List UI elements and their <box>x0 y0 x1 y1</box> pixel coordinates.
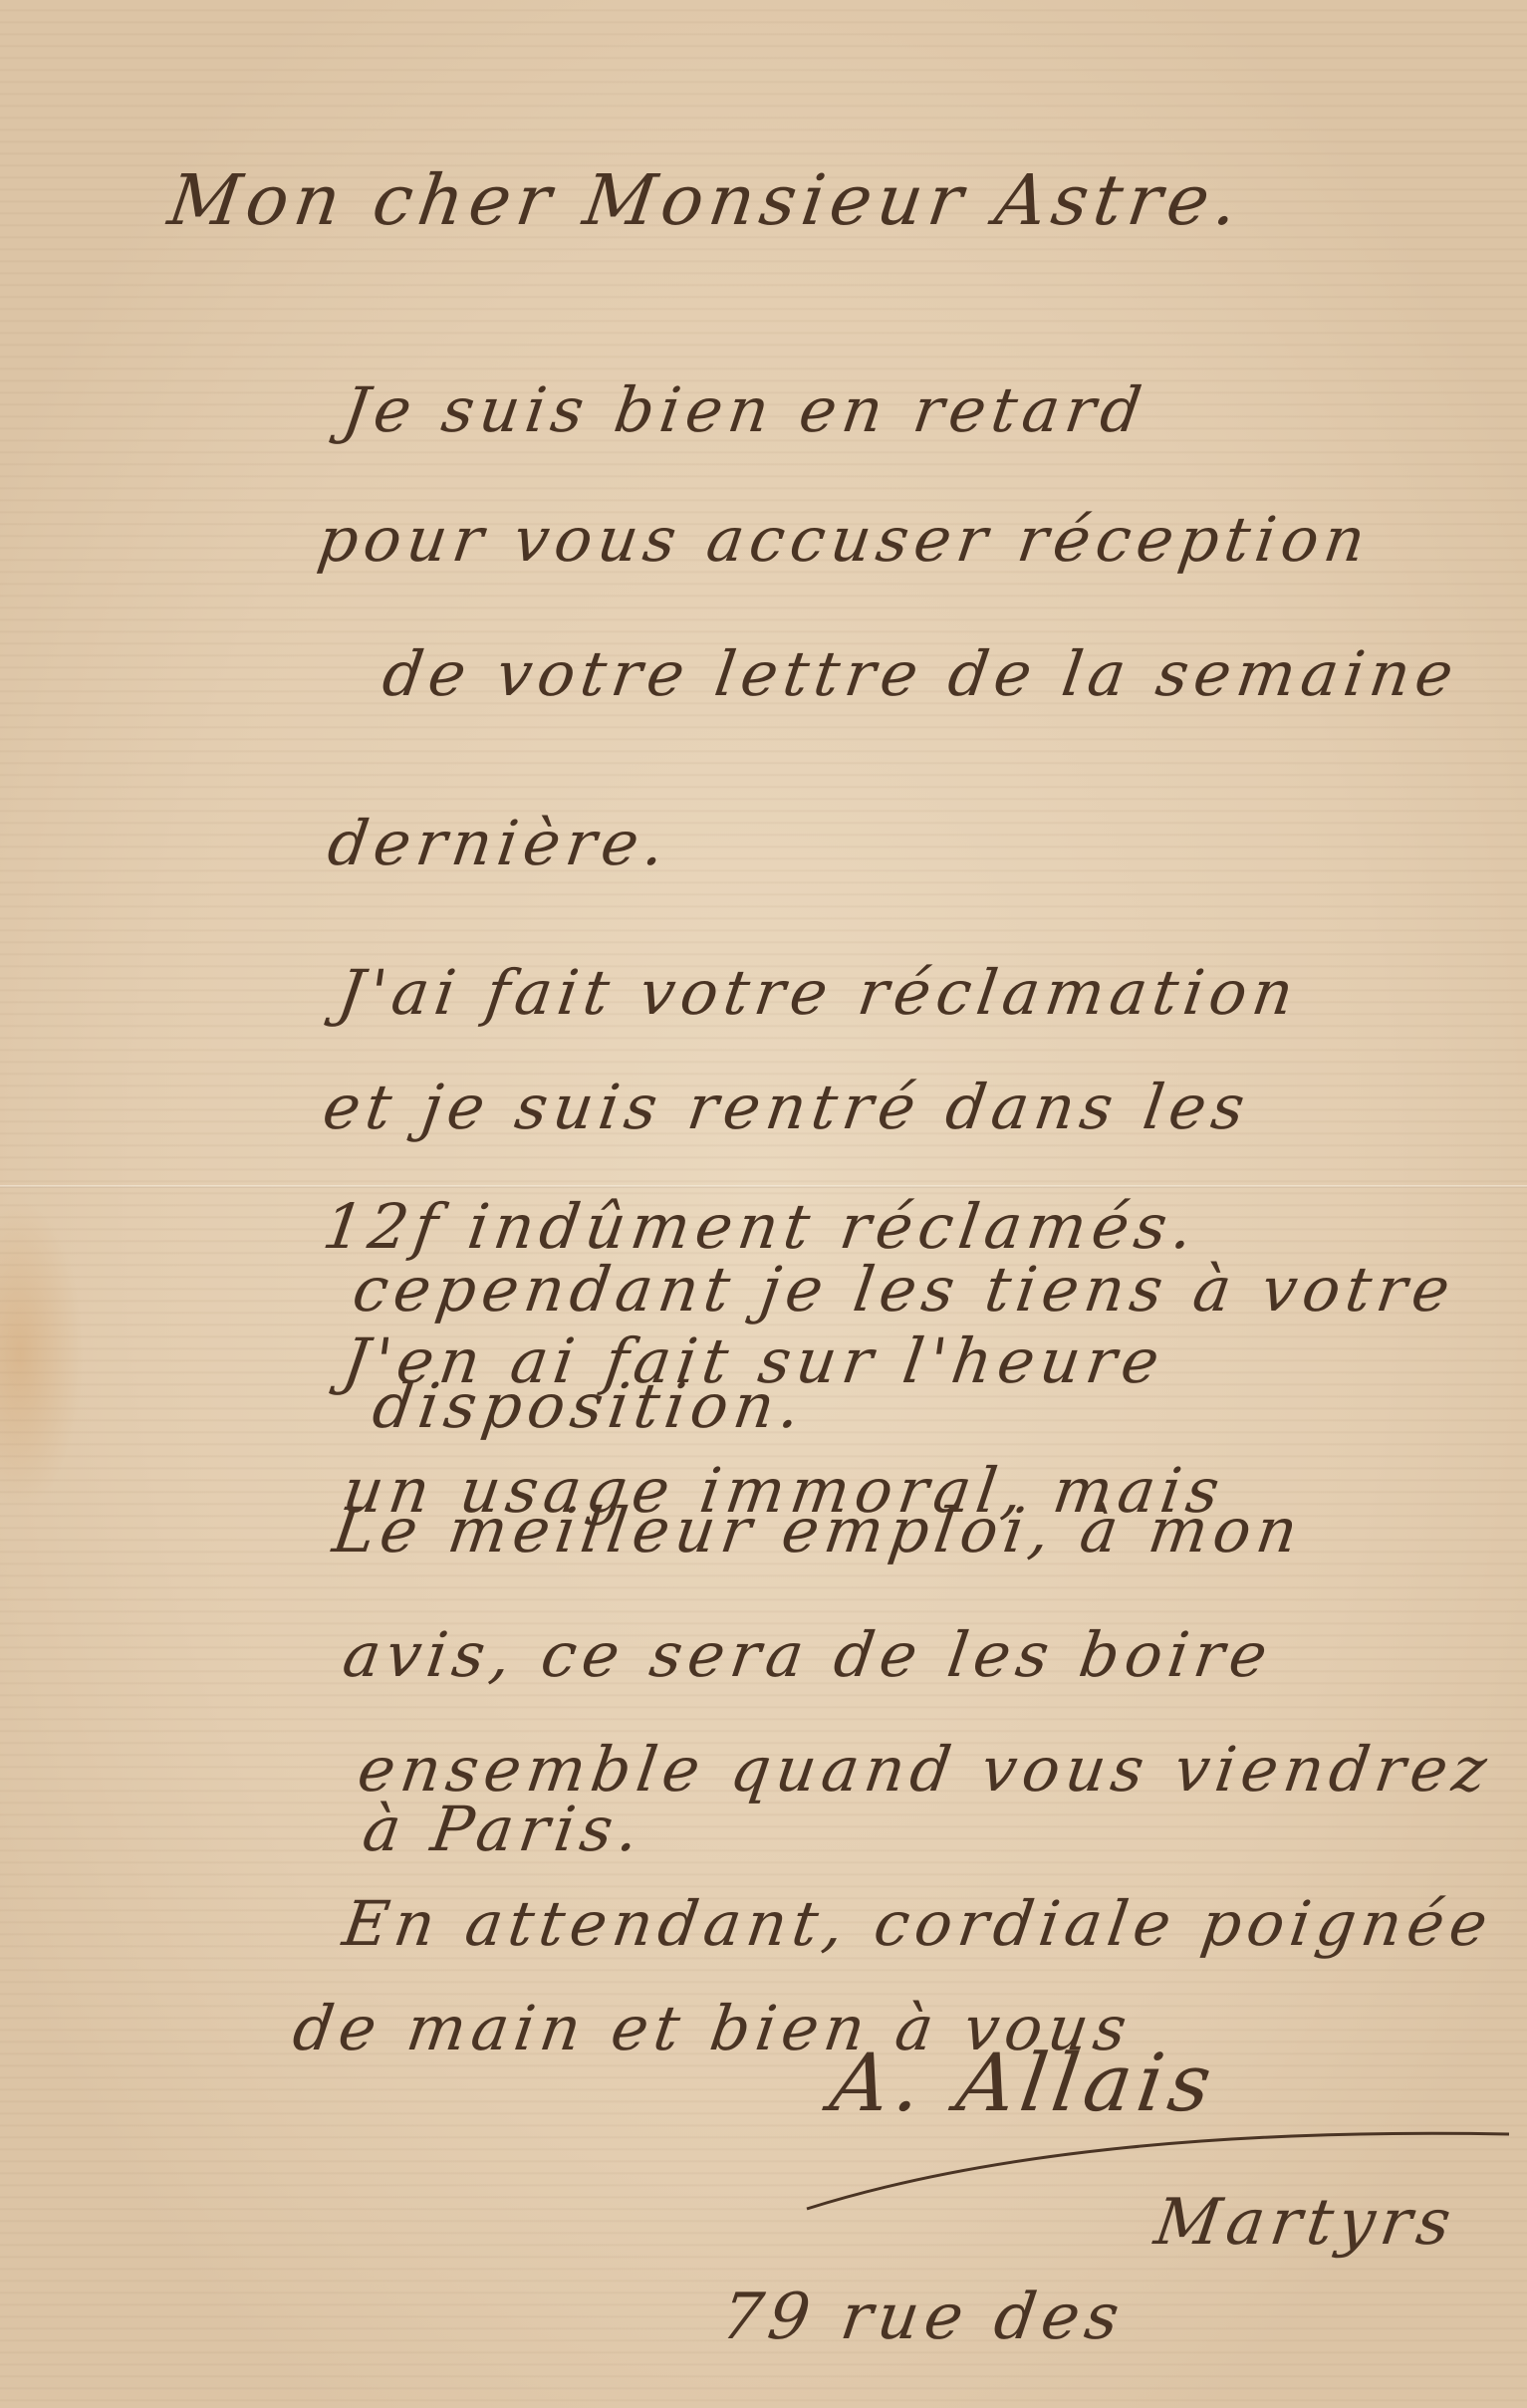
body-line: Le meilleur emploi, à mon <box>329 1494 1308 1566</box>
address-street-name: Martyrs <box>1150 2186 1461 2260</box>
body-line: J'ai fait votre réclamation <box>334 956 1304 1029</box>
body-line: à Paris. <box>359 1793 649 1865</box>
body-line: de votre lettre de la semaine <box>379 637 1463 710</box>
paper-fold-line <box>0 1185 1527 1188</box>
body-line: avis, ce sera de les boire <box>339 1618 1278 1691</box>
body-line: cependant je les tiens à votre <box>349 1253 1460 1325</box>
body-line: Je suis bien en retard <box>339 373 1151 446</box>
body-line: disposition. <box>369 1369 811 1442</box>
signature: A. Allais <box>825 2037 1222 2129</box>
body-line: En attendant, cordiale poignée <box>339 1887 1498 1960</box>
salutation: Mon cher Monsieur Astre. <box>163 159 1248 241</box>
address-number: 79 rue des <box>717 2281 1130 2354</box>
body-line: dernière. <box>324 807 675 879</box>
body-line: pour vous accuser réception <box>314 503 1376 576</box>
letter-page: Mon cher Monsieur Astre. Je suis bien en… <box>0 0 1527 2408</box>
body-line: et je suis rentré dans les <box>319 1071 1255 1143</box>
